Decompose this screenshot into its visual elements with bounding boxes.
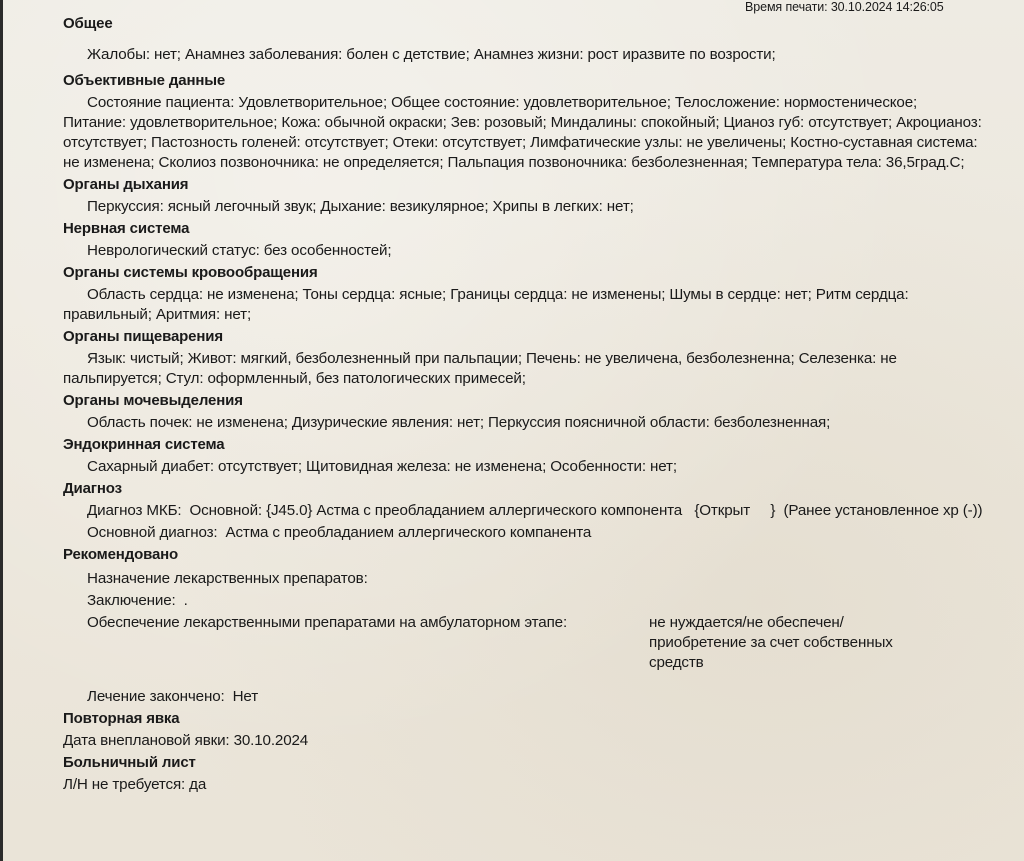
- drug-supply-label: Обеспечение лекарственными препаратами н…: [87, 613, 649, 673]
- endocrine-text: Сахарный диабет: отсутствует; Щитовидная…: [63, 457, 983, 479]
- section-title-respiratory: Органы дыхания: [63, 175, 983, 197]
- medical-record: Общее Жалобы: нет; Анамнез заболевания: …: [63, 14, 983, 797]
- icd-diagnosis-row: Диагноз МКБ: Основной: {J45.0} Астма с п…: [63, 501, 983, 521]
- section-title-sick-leave: Больничный лист: [63, 753, 983, 775]
- section-title-objective: Объективные данные: [63, 71, 983, 93]
- main-diagnosis-row: Основной диагноз: Астма с преобладанием …: [63, 523, 983, 543]
- conclusion-label: Заключение:: [87, 591, 176, 611]
- section-title-nervous: Нервная система: [63, 219, 983, 241]
- section-title-digestive: Органы пищеварения: [63, 327, 983, 349]
- section-title-circulatory: Органы системы кровообращения: [63, 263, 983, 285]
- sick-leave-text: Л/Н не требуется: да: [63, 775, 983, 795]
- drug-supply-row: Обеспечение лекарственными препаратами н…: [63, 613, 983, 673]
- general-text: Жалобы: нет; Анамнез заболевания: болен …: [63, 45, 983, 67]
- section-title-recommended: Рекомендовано: [63, 545, 983, 567]
- nervous-text: Неврологический статус: без особенностей…: [63, 241, 983, 263]
- treatment-done-row: Лечение закончено: Нет: [63, 687, 983, 707]
- section-title-general: Общее: [63, 14, 983, 36]
- cut-off-header-text: [250, 0, 530, 3]
- print-time: Время печати: 30.10.2024 14:26:05: [745, 0, 944, 14]
- respiratory-text: Перкуссия: ясный легочный звук; Дыхание:…: [63, 197, 983, 219]
- prescription-label: Назначение лекарственных препаратов:: [63, 569, 983, 589]
- icd-diagnosis-value: Основной: {J45.0} Астма с преобладанием …: [190, 501, 984, 521]
- drug-supply-value: не нуждается/не обеспечен/приобретение з…: [649, 613, 939, 673]
- section-title-revisit: Повторная явка: [63, 709, 983, 731]
- revisit-text: Дата внеплановой явки: 30.10.2024: [63, 731, 983, 751]
- urinary-text: Область почек: не изменена; Дизурические…: [63, 413, 983, 435]
- treatment-done-label: Лечение закончено:: [87, 687, 225, 707]
- main-diagnosis-value: Астма с преобладанием аллергического ком…: [225, 523, 983, 543]
- main-diagnosis-label: Основной диагноз:: [87, 523, 217, 543]
- section-title-endocrine: Эндокринная система: [63, 435, 983, 457]
- digestive-text: Язык: чистый; Живот: мягкий, безболезнен…: [63, 349, 983, 391]
- scan-edge: [0, 0, 3, 861]
- objective-text: Состояние пациента: Удовлетворительное; …: [63, 93, 983, 175]
- conclusion-value: .: [184, 591, 983, 611]
- conclusion-row: Заключение: .: [63, 591, 983, 611]
- circulatory-text: Область сердца: не изменена; Тоны сердца…: [63, 285, 983, 327]
- icd-diagnosis-label: Диагноз МКБ:: [87, 501, 182, 521]
- section-title-urinary: Органы мочевыделения: [63, 391, 983, 413]
- section-title-diagnosis: Диагноз: [63, 479, 983, 501]
- treatment-done-value: Нет: [233, 687, 983, 707]
